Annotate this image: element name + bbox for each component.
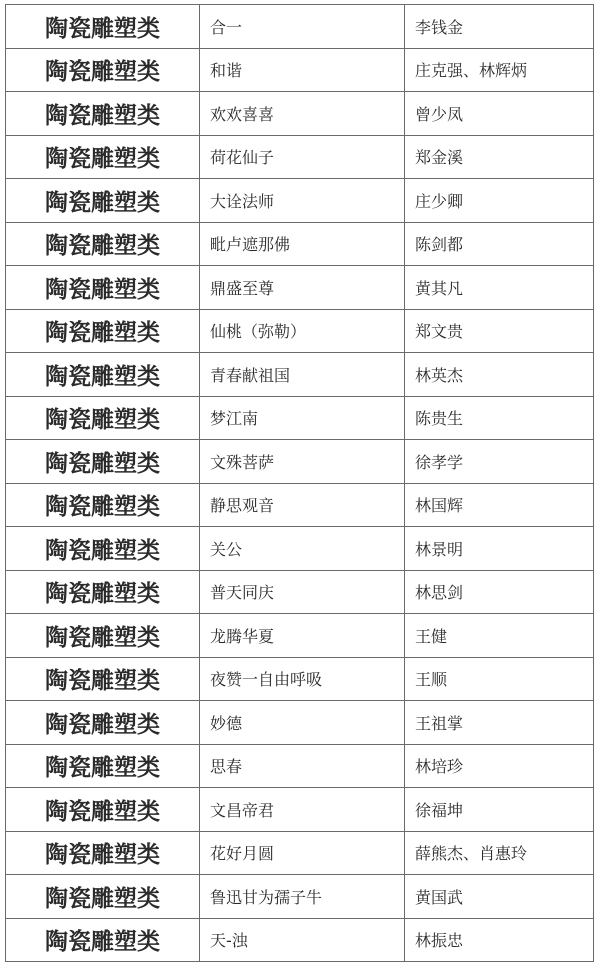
category-cell: 陶瓷雕塑类: [6, 875, 200, 919]
category-cell: 陶瓷雕塑类: [6, 440, 200, 484]
table-row: 陶瓷雕塑类鼎盛至尊黄其凡: [6, 266, 594, 310]
table-row: 陶瓷雕塑类关公林景明: [6, 527, 594, 571]
author-cell: 林英杰: [405, 353, 594, 397]
table-row: 陶瓷雕塑类夜赞一自由呼吸王顺: [6, 657, 594, 701]
author-cell: 薛熊杰、肖惠玲: [405, 831, 594, 875]
work-title-cell: 梦江南: [200, 396, 405, 440]
table-row: 陶瓷雕塑类大诠法师庄少卿: [6, 179, 594, 223]
work-title-cell: 鲁迅甘为孺子牛: [200, 875, 405, 919]
table-row: 陶瓷雕塑类青春献祖国林英杰: [6, 353, 594, 397]
category-cell: 陶瓷雕塑类: [6, 657, 200, 701]
author-cell: 郑金溪: [405, 135, 594, 179]
category-cell: 陶瓷雕塑类: [6, 48, 200, 92]
work-title-cell: 和谐: [200, 48, 405, 92]
work-title-cell: 荷花仙子: [200, 135, 405, 179]
author-cell: 王健: [405, 614, 594, 658]
author-cell: 陈剑都: [405, 222, 594, 266]
category-cell: 陶瓷雕塑类: [6, 396, 200, 440]
work-title-cell: 普天同庆: [200, 570, 405, 614]
table-row: 陶瓷雕塑类合一李钱金: [6, 5, 594, 49]
work-title-cell: 夜赞一自由呼吸: [200, 657, 405, 701]
table-row: 陶瓷雕塑类梦江南陈贵生: [6, 396, 594, 440]
document-page: 陶瓷雕塑类合一李钱金 陶瓷雕塑类和谐庄克强、林辉炳 陶瓷雕塑类欢欢喜喜曾少凤 陶…: [5, 4, 594, 962]
award-list-table: 陶瓷雕塑类合一李钱金 陶瓷雕塑类和谐庄克强、林辉炳 陶瓷雕塑类欢欢喜喜曾少凤 陶…: [5, 4, 594, 962]
work-title-cell: 欢欢喜喜: [200, 92, 405, 136]
author-cell: 庄克强、林辉炳: [405, 48, 594, 92]
author-cell: 徐孝学: [405, 440, 594, 484]
table-row: 陶瓷雕塑类欢欢喜喜曾少凤: [6, 92, 594, 136]
author-cell: 王顺: [405, 657, 594, 701]
category-cell: 陶瓷雕塑类: [6, 309, 200, 353]
author-cell: 徐福坤: [405, 788, 594, 832]
work-title-cell: 思春: [200, 744, 405, 788]
author-cell: 黄国武: [405, 875, 594, 919]
author-cell: 林国辉: [405, 483, 594, 527]
author-cell: 林振忠: [405, 918, 594, 962]
category-cell: 陶瓷雕塑类: [6, 744, 200, 788]
table-row: 陶瓷雕塑类天-浊林振忠: [6, 918, 594, 962]
table-body: 陶瓷雕塑类合一李钱金 陶瓷雕塑类和谐庄克强、林辉炳 陶瓷雕塑类欢欢喜喜曾少凤 陶…: [6, 5, 594, 962]
work-title-cell: 青春献祖国: [200, 353, 405, 397]
category-cell: 陶瓷雕塑类: [6, 614, 200, 658]
category-cell: 陶瓷雕塑类: [6, 5, 200, 49]
table-row: 陶瓷雕塑类静思观音林国辉: [6, 483, 594, 527]
category-cell: 陶瓷雕塑类: [6, 353, 200, 397]
table-row: 陶瓷雕塑类妙德王祖掌: [6, 701, 594, 745]
table-row: 陶瓷雕塑类龙腾华夏王健: [6, 614, 594, 658]
table-row: 陶瓷雕塑类文殊菩萨徐孝学: [6, 440, 594, 484]
category-cell: 陶瓷雕塑类: [6, 831, 200, 875]
author-cell: 郑文贵: [405, 309, 594, 353]
work-title-cell: 花好月圆: [200, 831, 405, 875]
author-cell: 李钱金: [405, 5, 594, 49]
author-cell: 林景明: [405, 527, 594, 571]
category-cell: 陶瓷雕塑类: [6, 788, 200, 832]
table-row: 陶瓷雕塑类和谐庄克强、林辉炳: [6, 48, 594, 92]
category-cell: 陶瓷雕塑类: [6, 266, 200, 310]
author-cell: 曾少凤: [405, 92, 594, 136]
work-title-cell: 仙桃（弥勒）: [200, 309, 405, 353]
category-cell: 陶瓷雕塑类: [6, 527, 200, 571]
author-cell: 王祖掌: [405, 701, 594, 745]
work-title-cell: 大诠法师: [200, 179, 405, 223]
work-title-cell: 合一: [200, 5, 405, 49]
category-cell: 陶瓷雕塑类: [6, 701, 200, 745]
table-row: 陶瓷雕塑类花好月圆薛熊杰、肖惠玲: [6, 831, 594, 875]
author-cell: 林培珍: [405, 744, 594, 788]
table-row: 陶瓷雕塑类仙桃（弥勒）郑文贵: [6, 309, 594, 353]
table-row: 陶瓷雕塑类普天同庆林思剑: [6, 570, 594, 614]
work-title-cell: 关公: [200, 527, 405, 571]
category-cell: 陶瓷雕塑类: [6, 918, 200, 962]
author-cell: 黄其凡: [405, 266, 594, 310]
table-row: 陶瓷雕塑类荷花仙子郑金溪: [6, 135, 594, 179]
work-title-cell: 静思观音: [200, 483, 405, 527]
category-cell: 陶瓷雕塑类: [6, 92, 200, 136]
work-title-cell: 鼎盛至尊: [200, 266, 405, 310]
table-row: 陶瓷雕塑类鲁迅甘为孺子牛黄国武: [6, 875, 594, 919]
author-cell: 庄少卿: [405, 179, 594, 223]
category-cell: 陶瓷雕塑类: [6, 135, 200, 179]
category-cell: 陶瓷雕塑类: [6, 222, 200, 266]
category-cell: 陶瓷雕塑类: [6, 483, 200, 527]
work-title-cell: 毗卢遮那佛: [200, 222, 405, 266]
table-row: 陶瓷雕塑类毗卢遮那佛陈剑都: [6, 222, 594, 266]
category-cell: 陶瓷雕塑类: [6, 179, 200, 223]
author-cell: 林思剑: [405, 570, 594, 614]
work-title-cell: 文殊菩萨: [200, 440, 405, 484]
work-title-cell: 天-浊: [200, 918, 405, 962]
work-title-cell: 龙腾华夏: [200, 614, 405, 658]
work-title-cell: 妙德: [200, 701, 405, 745]
work-title-cell: 文昌帝君: [200, 788, 405, 832]
author-cell: 陈贵生: [405, 396, 594, 440]
table-row: 陶瓷雕塑类思春林培珍: [6, 744, 594, 788]
category-cell: 陶瓷雕塑类: [6, 570, 200, 614]
table-row: 陶瓷雕塑类文昌帝君徐福坤: [6, 788, 594, 832]
